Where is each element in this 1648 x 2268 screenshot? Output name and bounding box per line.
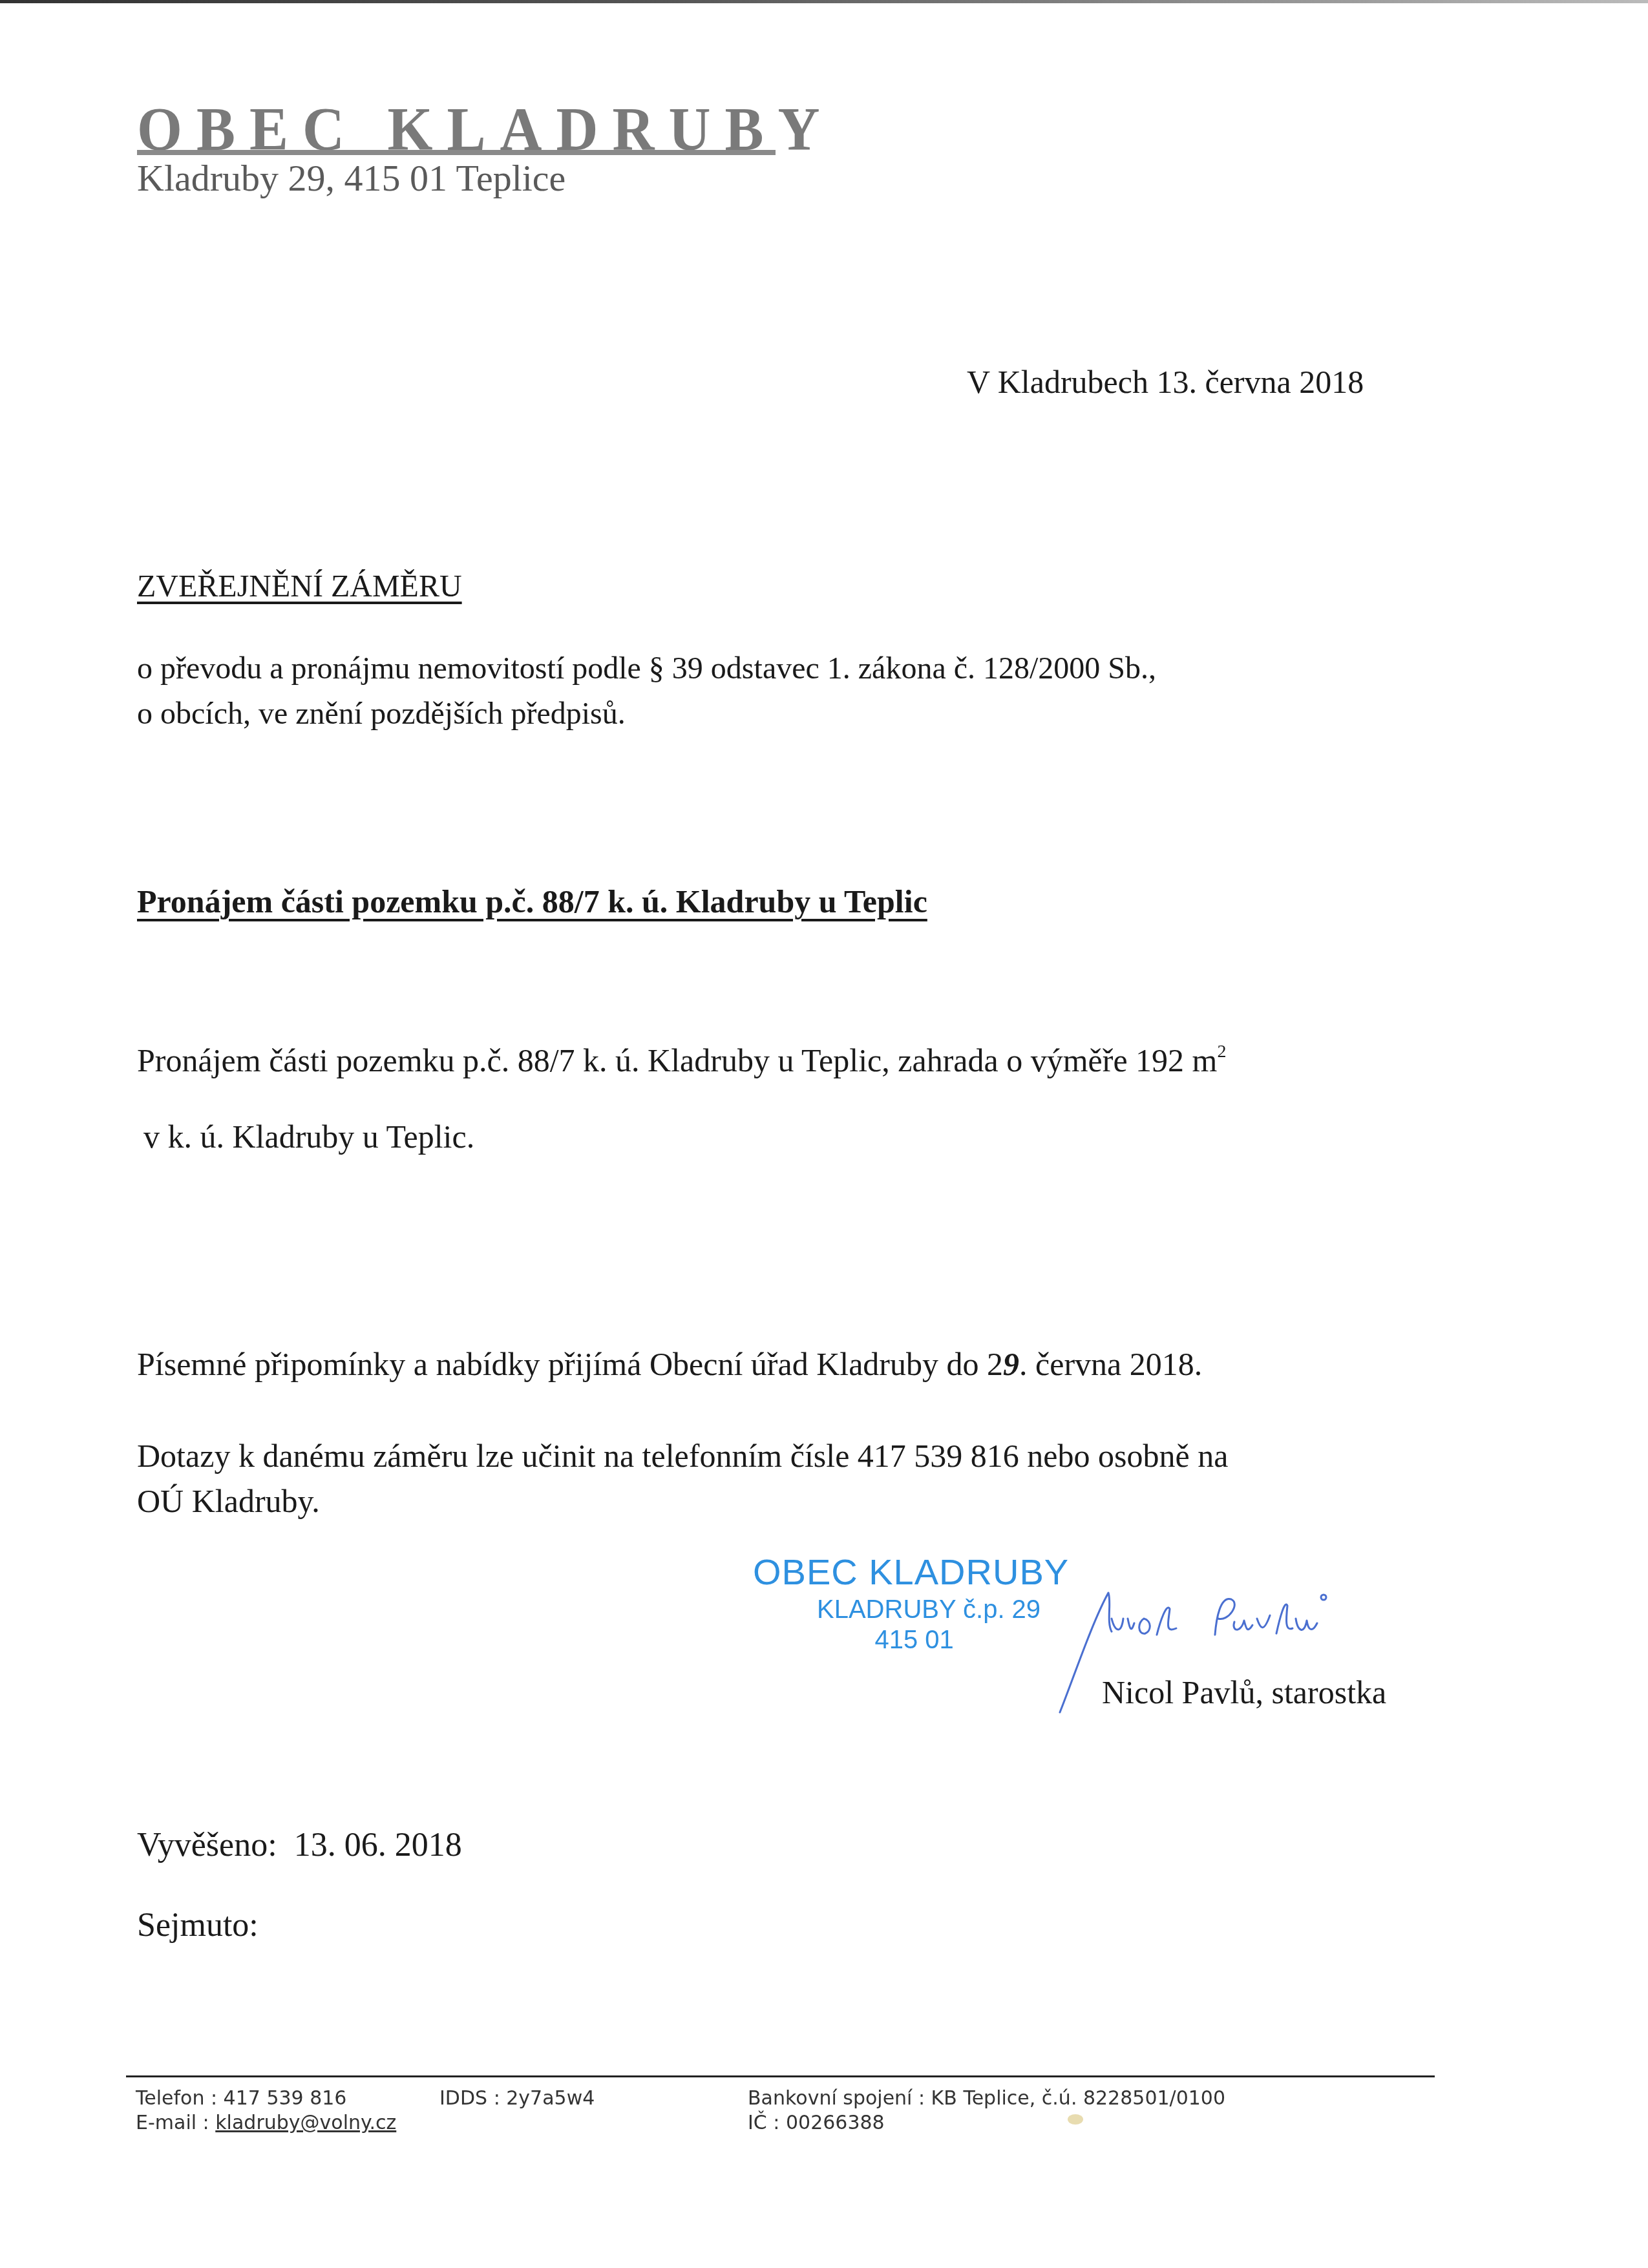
contact-line-2: OÚ Kladruby. (137, 1478, 1462, 1524)
description-line-1: Pronájem části pozemku p.č. 88/7 k. ú. K… (137, 1042, 1227, 1079)
posted-value: 13. 06. 2018 (294, 1827, 462, 1864)
footer-email: E-mail : kladruby@volny.cz (136, 2112, 396, 2134)
stamp-line-2: KLADRUBY č.p. 29 (753, 1595, 1069, 1624)
intro-line-2: o obcích, ve znění pozdějších předpisů. (137, 691, 1430, 737)
posted-date: Vyvěšeno: 13. 06. 2018 (137, 1826, 462, 1864)
handwritten-correction: 9 (1003, 1346, 1019, 1382)
contact-line-1: Dotazy k danému záměru lze učinit na tel… (137, 1433, 1462, 1478)
email-label: E-mail : (136, 2112, 215, 2134)
remarks-deadline: Písemné připomínky a nabídky přijímá Obe… (137, 1345, 1202, 1383)
footer-rule (126, 2075, 1435, 2077)
official-stamp: OBEC KLADRUBY KLADRUBY č.p. 29 415 01 (753, 1551, 1069, 1655)
email-link[interactable]: kladruby@volny.cz (215, 2112, 396, 2134)
stamp-line-1: OBEC KLADRUBY (753, 1551, 1069, 1593)
description-line-2: v k. ú. Kladruby u Teplic. (143, 1118, 474, 1155)
contact-info: Dotazy k danému záměru lze učinit na tel… (137, 1433, 1462, 1524)
scan-top-border (0, 0, 1648, 3)
stamp-line-3: 415 01 (753, 1626, 1069, 1655)
letterhead-rule (137, 150, 776, 155)
signatory-name: Nicol Pavlů, starostka (1102, 1674, 1386, 1711)
description-text: Pronájem části pozemku p.č. 88/7 k. ú. K… (137, 1042, 1218, 1078)
footer-idds: IDDS : 2y7a5w4 (439, 2087, 595, 2110)
paper-stain (1068, 2114, 1083, 2125)
subject-title: Pronájem části pozemku p.č. 88/7 k. ú. K… (137, 883, 927, 920)
footer-bank: Bankovní spojení : KB Teplice, č.ú. 8228… (748, 2087, 1225, 2110)
remarks-text: Písemné připomínky a nabídky přijímá Obe… (137, 1346, 1003, 1382)
footer-phone: Telefon : 417 539 816 (136, 2087, 346, 2110)
intro-line-1: o převodu a pronájmu nemovitostí podle §… (137, 646, 1430, 691)
organization-address: Kladruby 29, 415 01 Teplice (137, 156, 565, 200)
posted-label: Vyvěšeno: (137, 1827, 277, 1864)
notice-intro: o převodu a pronájmu nemovitostí podle §… (137, 646, 1430, 737)
footer-ic: IČ : 00266388 (748, 2112, 885, 2134)
removed-label: Sejmuto: (137, 1906, 259, 1944)
remarks-text-end: . června 2018. (1019, 1346, 1202, 1382)
area-unit-superscript: 2 (1218, 1042, 1227, 1062)
notice-heading: ZVEŘEJNĚNÍ ZÁMĚRU (137, 569, 462, 604)
date-place: V Kladrubech 13. června 2018 (967, 363, 1364, 401)
